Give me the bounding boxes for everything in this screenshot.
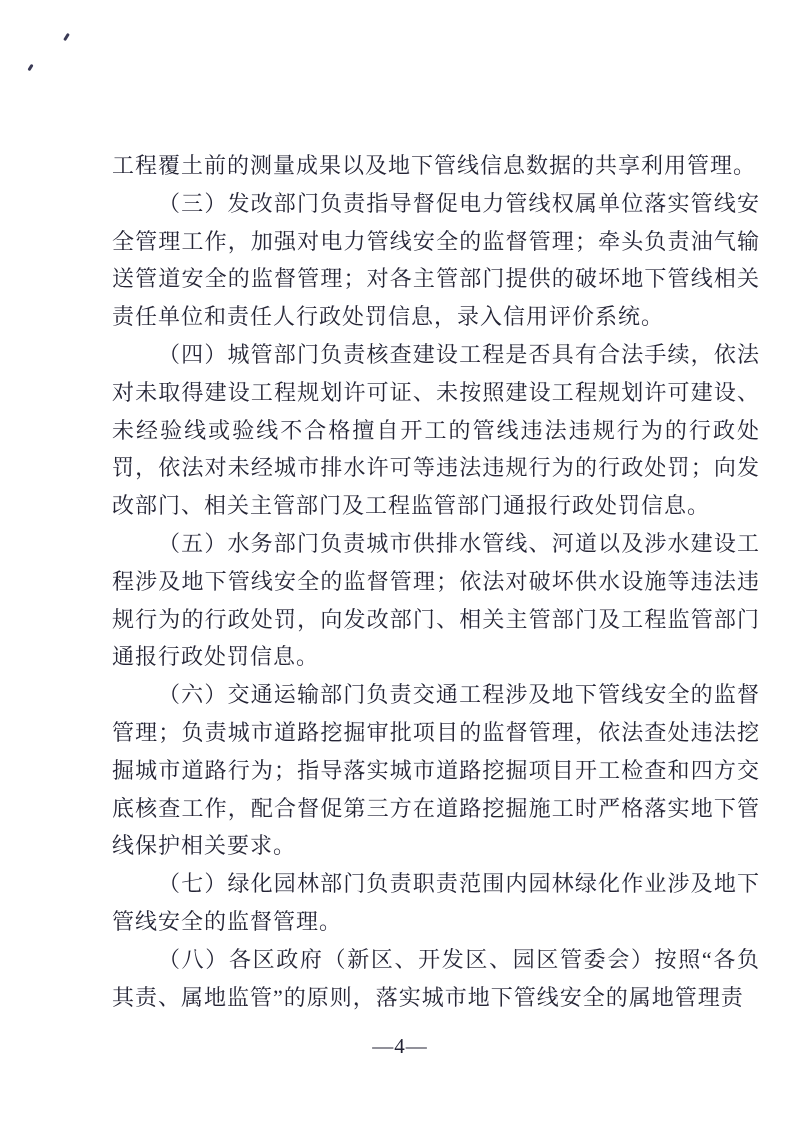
paragraph-item-5: （五）水务部门负责城市供排水管线、河道以及涉水建设工程涉及地下管线安全的监督管理…	[112, 525, 760, 676]
paragraph-item-6: （六）交通运输部门负责交通工程涉及地下管线安全的监督管理；负责城市道路挖掘审批项…	[112, 676, 760, 865]
paragraph-item-7: （七）绿化园林部门负责职责范围内园林绿化作业涉及地下管线安全的监督管理。	[112, 865, 760, 941]
paragraph-item-4: （四）城管部门负责核查建设工程是否具有合法手续，依法对未取得建设工程规划许可证、…	[112, 336, 760, 525]
paragraph-item-3: （三）发改部门负责指导督促电力管线权属单位落实管线安全管理工作，加强对电力管线安…	[112, 185, 760, 336]
paragraph-continuation: 工程覆土前的测量成果以及地下管线信息数据的共享利用管理。	[112, 147, 760, 185]
document-body: 工程覆土前的测量成果以及地下管线信息数据的共享利用管理。 （三）发改部门负责指导…	[112, 147, 760, 1016]
ink-speck-icon	[63, 33, 70, 41]
ink-speck-icon	[27, 64, 33, 72]
paragraph-item-8: （八）各区政府（新区、开发区、园区管委会）按照“各负其责、属地监管”的原则，落实…	[112, 941, 760, 1017]
page-number: —4—	[372, 1034, 428, 1058]
page-footer: —4—	[0, 1034, 800, 1059]
scanned-document-page: 工程覆土前的测量成果以及地下管线信息数据的共享利用管理。 （三）发改部门负责指导…	[0, 0, 800, 1135]
